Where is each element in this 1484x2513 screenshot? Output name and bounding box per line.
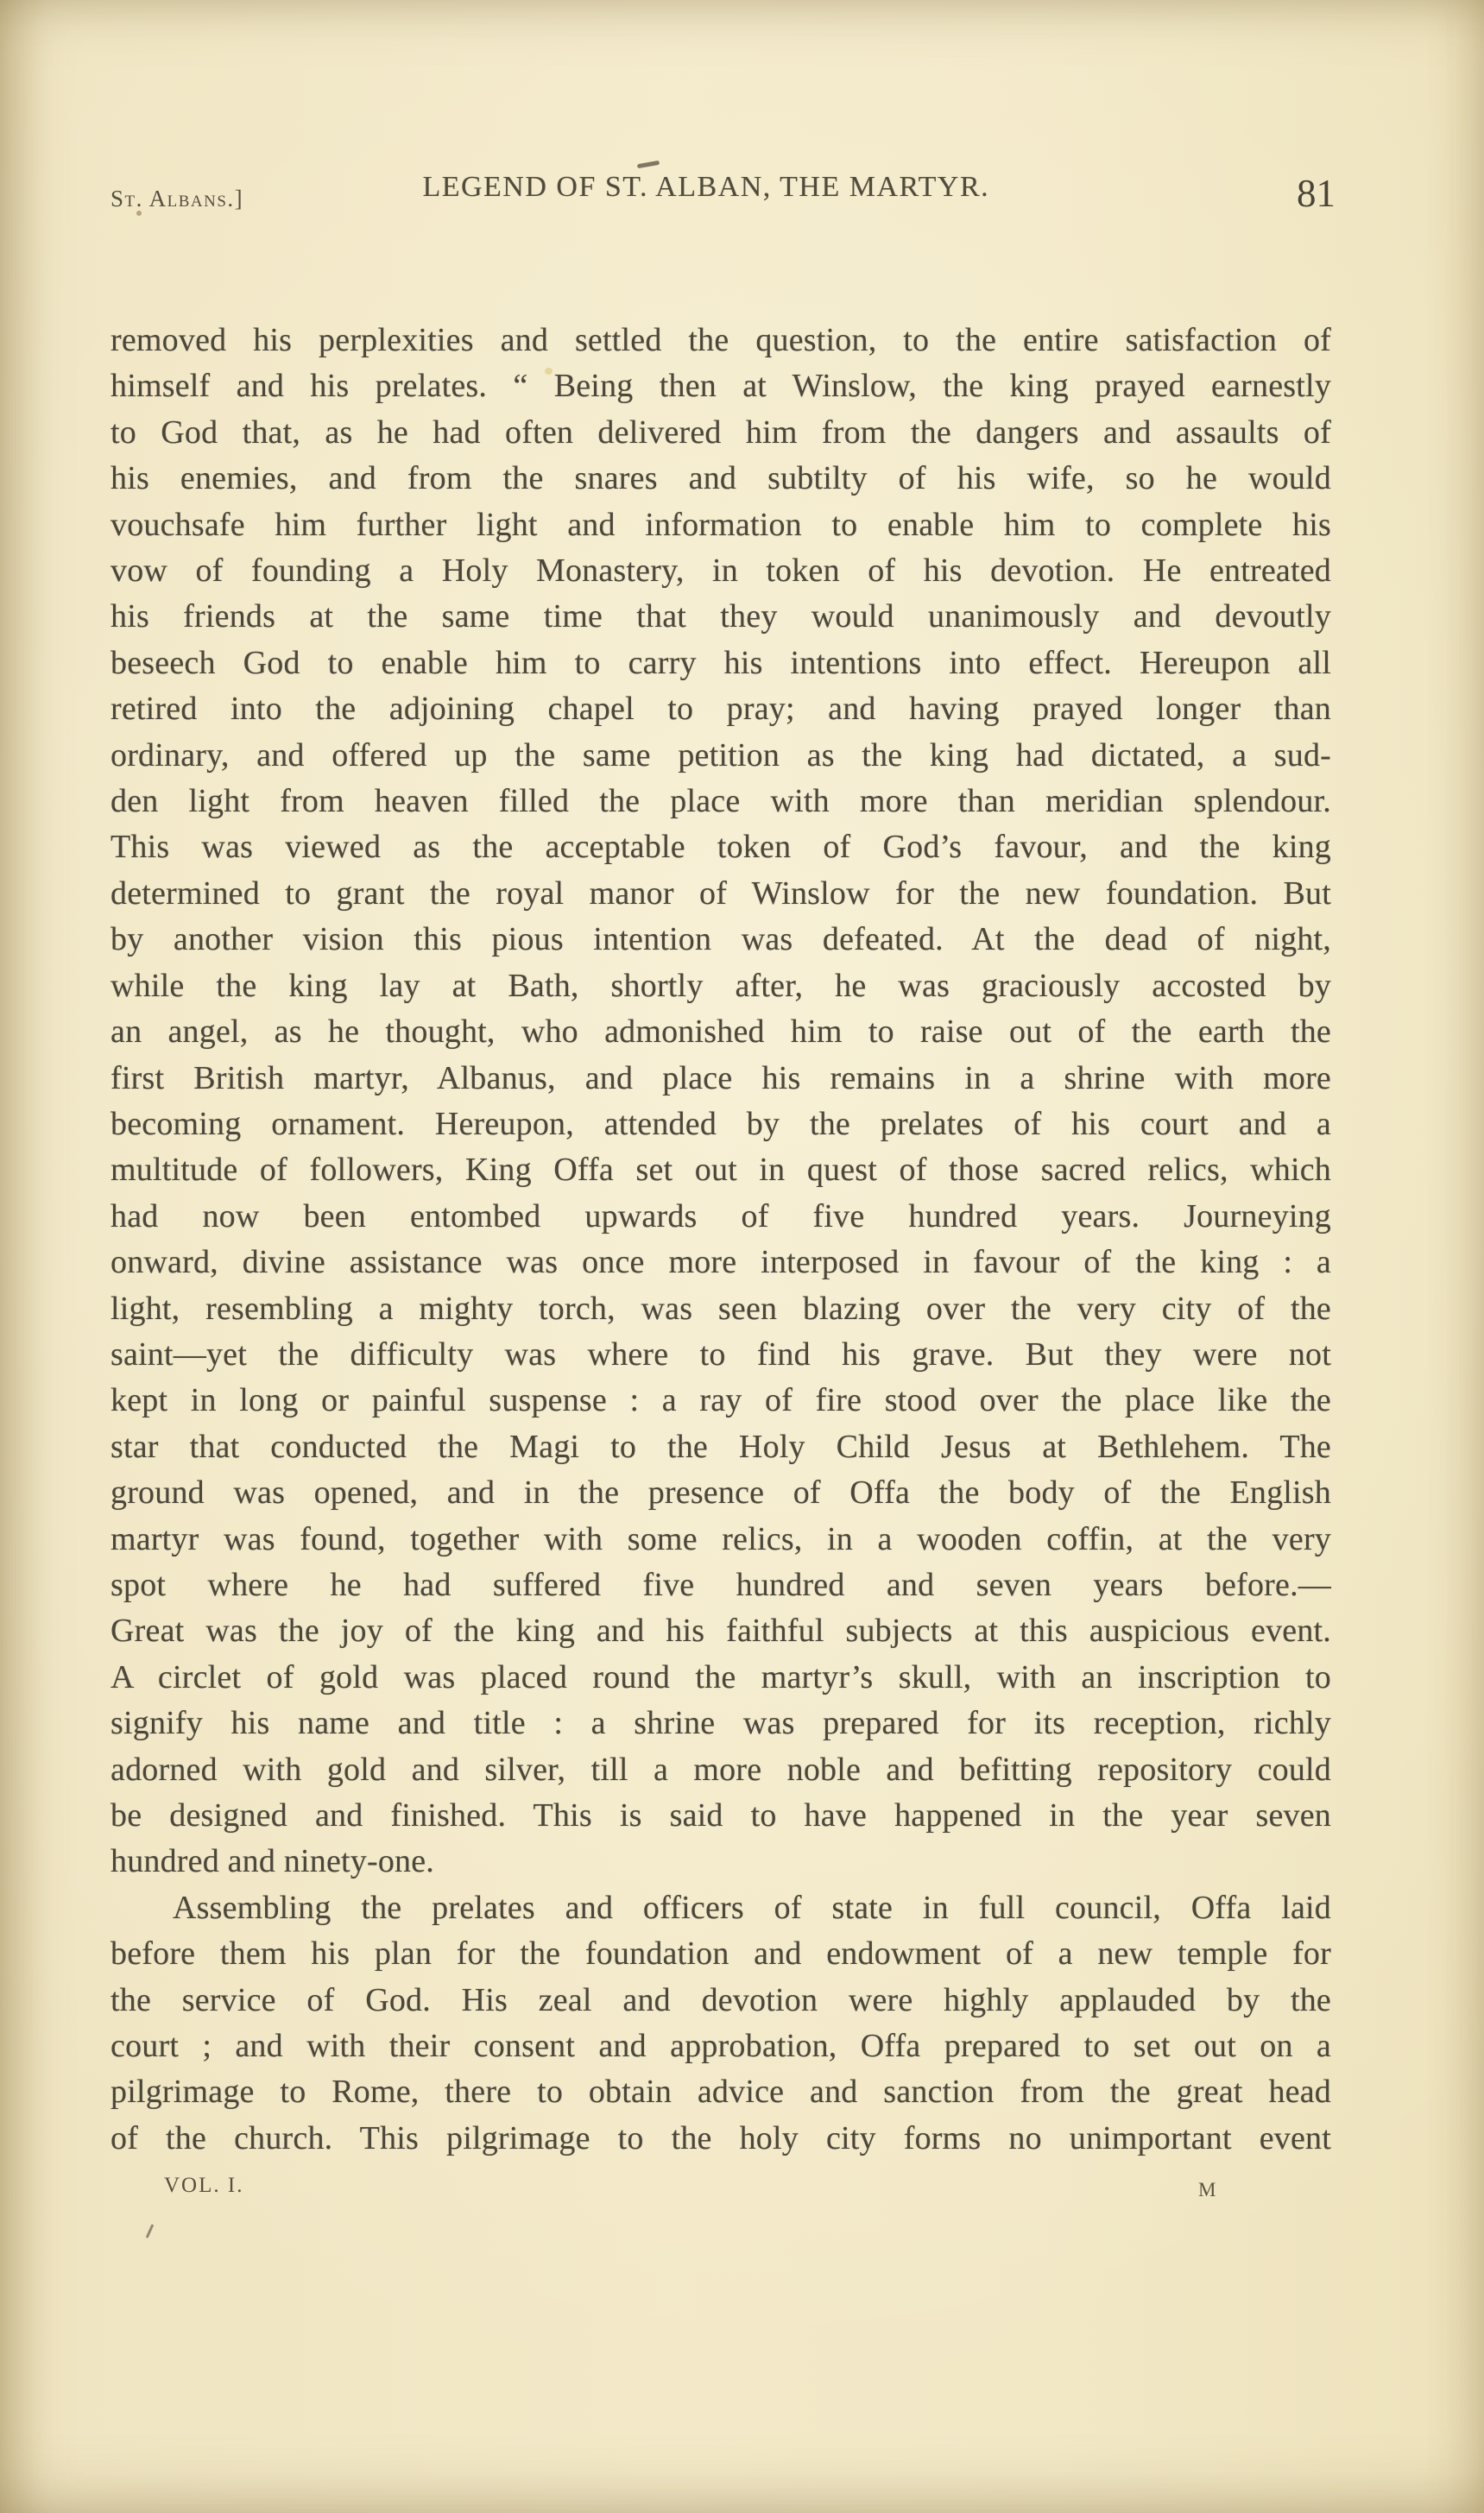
text-line: becoming ornament. Hereupon, attended by… [111, 1102, 1331, 1147]
page-title: LEGEND OF ST. ALBAN, THE MARTYR. [422, 171, 989, 204]
text-line: multitude of followers, King Offa set ou… [111, 1147, 1331, 1193]
text-line: court ; and with their consent and appro… [111, 2024, 1331, 2069]
text-line: his enemies, and from the snares and sub… [111, 456, 1331, 502]
text-line: onward, divine assistance was once more … [111, 1240, 1331, 1285]
text-line: kept in long or painful suspense : a ray… [111, 1378, 1331, 1424]
volume-label: VOL. I. [164, 2174, 243, 2198]
text-line: an angel, as he thought, who admonished … [111, 1009, 1331, 1055]
text-line: determined to grant the royal manor of W… [111, 871, 1331, 917]
book-page: St. Albans.] LEGEND OF ST. ALBAN, THE MA… [0, 0, 1484, 2513]
text-line: Great was the joy of the king and his fa… [111, 1608, 1331, 1654]
text-line: the service of God. His zeal and devotio… [111, 1978, 1331, 2024]
text-line: while the king lay at Bath, shortly afte… [111, 963, 1331, 1009]
paper-speck [637, 161, 660, 168]
paragraph: removed his perplexities and settled the… [111, 318, 1331, 1885]
text-line: Assembling the prelates and officers of … [111, 1885, 1331, 1931]
text-line: signify his name and title : a shrine wa… [111, 1701, 1331, 1746]
signature-mark: M [1198, 2179, 1216, 2201]
text-line: before them his plan for the foundation … [111, 1931, 1331, 1977]
text-line: himself and his prelates. “ Being then a… [111, 363, 1331, 409]
running-title-left: St. Albans.] [111, 186, 243, 212]
text-line: adorned with gold and silver, till a mor… [111, 1747, 1331, 1793]
text-line: light, resembling a mighty torch, was se… [111, 1286, 1331, 1332]
page-body: removed his perplexities and settled the… [111, 318, 1331, 2162]
text-line: hundred and ninety-one. [111, 1839, 1331, 1885]
text-line: to God that, as he had often delivered h… [111, 410, 1331, 456]
text-line: den light from heaven filled the place w… [111, 779, 1331, 824]
text-line: first British martyr, Albanus, and place… [111, 1056, 1331, 1102]
paper-speck [146, 2224, 155, 2238]
paragraph: Assembling the prelates and officers of … [111, 1885, 1331, 2162]
text-line: removed his perplexities and settled the… [111, 318, 1331, 363]
text-line: ordinary, and offered up the same petiti… [111, 733, 1331, 779]
text-line: pilgrimage to Rome, there to obtain advi… [111, 2069, 1331, 2115]
page-header: St. Albans.] LEGEND OF ST. ALBAN, THE MA… [111, 171, 1336, 216]
text-line: had now been entombed upwards of five hu… [111, 1194, 1331, 1240]
page-number: 81 [1297, 171, 1336, 216]
text-line: A circlet of gold was placed round the m… [111, 1655, 1331, 1701]
text-line: This was viewed as the acceptable token … [111, 824, 1331, 870]
text-line: be designed and finished. This is said t… [111, 1793, 1331, 1839]
text-line: by another vision this pious intention w… [111, 917, 1331, 963]
text-line: vouchsafe him further light and informat… [111, 502, 1331, 548]
text-line: of the church. This pilgrimage to the ho… [111, 2116, 1331, 2162]
text-line: beseech God to enable him to carry his i… [111, 641, 1331, 686]
text-line: martyr was found, together with some rel… [111, 1517, 1331, 1563]
text-line: his friends at the same time that they w… [111, 594, 1331, 640]
text-line: star that conducted the Magi to the Holy… [111, 1424, 1331, 1470]
text-line: saint—yet the difficulty was where to fi… [111, 1332, 1331, 1378]
text-line: ground was opened, and in the presence o… [111, 1470, 1331, 1516]
text-line: vow of founding a Holy Monastery, in tok… [111, 548, 1331, 594]
text-line: spot where he had suffered five hundred … [111, 1563, 1331, 1608]
text-line: retired into the adjoining chapel to pra… [111, 686, 1331, 732]
